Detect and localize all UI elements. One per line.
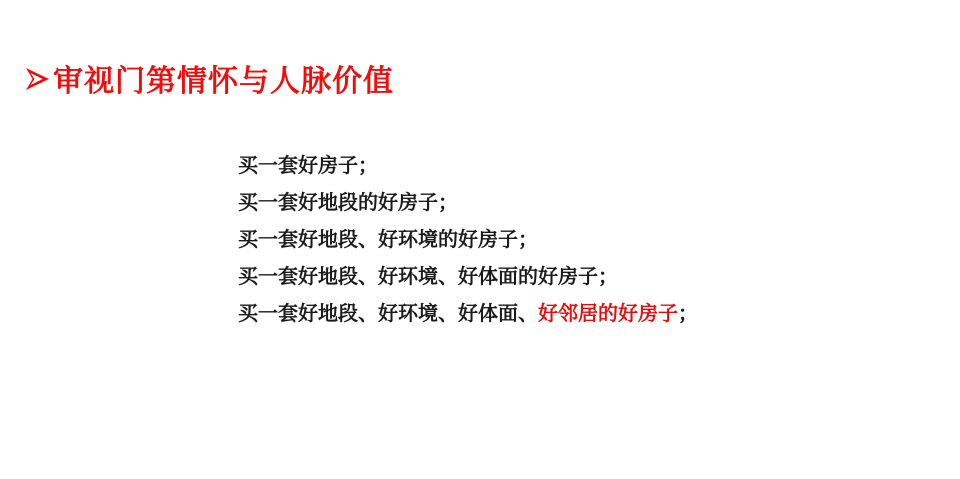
body-text-block: 买一套好房子； 买一套好地段的好房子； 买一套好地段、好环境的好房子； 买一套好…	[238, 148, 698, 333]
body-line-5: 买一套好地段、好环境、好体面、好邻居的好房子；	[238, 296, 698, 333]
highlighted-text: 好邻居的好房子	[538, 303, 678, 325]
line-text: 买一套好地段、好环境、好体面的好房子；	[238, 266, 618, 288]
body-line-2: 买一套好地段的好房子；	[238, 185, 698, 222]
slide-canvas: 审视门第情怀与人脉价值 买一套好房子； 买一套好地段的好房子； 买一套好地段、好…	[0, 0, 960, 479]
line-text: ；	[678, 303, 698, 325]
body-line-1: 买一套好房子；	[238, 148, 698, 185]
line-text: 买一套好房子；	[238, 155, 378, 177]
arrow-bullet-icon	[24, 65, 50, 93]
line-text: 买一套好地段的好房子；	[238, 192, 458, 214]
slide-title-text: 审视门第情怀与人脉价值	[53, 56, 394, 100]
line-text: 买一套好地段、好环境、好体面、	[238, 303, 538, 325]
body-line-3: 买一套好地段、好环境的好房子；	[238, 222, 698, 259]
slide-title: 审视门第情怀与人脉价值	[24, 56, 394, 100]
body-line-4: 买一套好地段、好环境、好体面的好房子；	[238, 259, 698, 296]
line-text: 买一套好地段、好环境的好房子；	[238, 229, 538, 251]
